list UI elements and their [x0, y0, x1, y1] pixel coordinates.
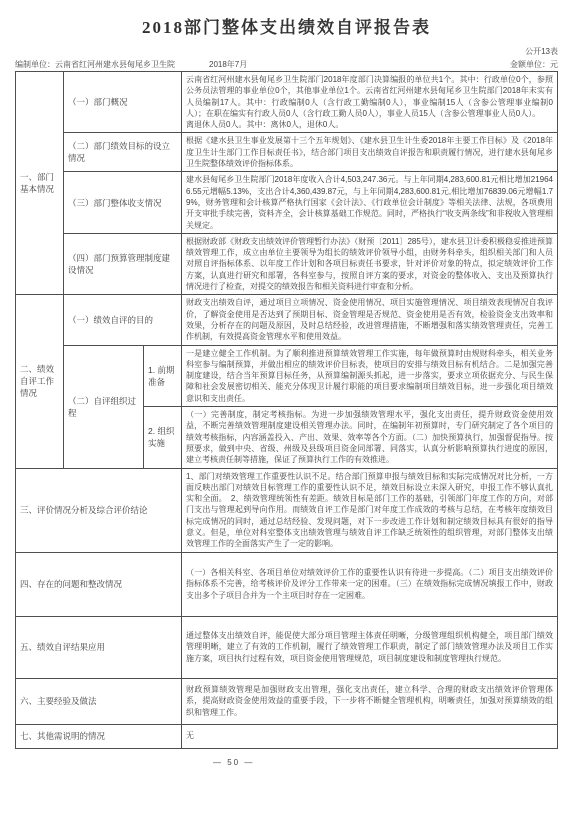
table-row: 五、绩效自评结果应用 通过整体支出绩效自评，能促使大部分项目管理主体责任明晰，分…: [16, 616, 558, 678]
table-row: （二）自评组织过程 1. 前期准备 一是建立健全工作机制。为了顺利推进预算绩效管…: [16, 345, 558, 406]
table-row: 二、绩效自评工作情况 （一）绩效自评的目的 财政支出绩效自评，通过项目立项情况、…: [16, 295, 558, 345]
subsection-goal-setup-label: （二）部门绩效目标的设立情况: [64, 133, 182, 172]
table-row: 六、主要经验及做法 财政预算绩效管理是加强财政支出管理，强化支出责任，建立科学、…: [16, 678, 558, 724]
section-analysis-conclusion-label: 三、评价情况分析及综合评价结论: [16, 468, 182, 552]
section-result-application-label: 五、绩效自评结果应用: [16, 616, 182, 678]
section-other-notes-label: 七、其他需说明的情况: [16, 724, 182, 748]
table-row: 三、评价情况分析及综合评价结论 1、部门对绩效管理工作重要性认识不足。结合部门预…: [16, 468, 558, 552]
table-row: （三）部门整体收支情况 建水县甸尾乡卫生院部门2018年度收入合计4,503,2…: [16, 172, 558, 233]
meta-row: 编制单位：云南省红河州建水县甸尾乡卫生院 2018年7月 金额单位：元: [15, 59, 558, 70]
table-row: 七、其他需说明的情况 无: [16, 724, 558, 748]
table-row: （四）部门预算管理制度建设情况 根据财政部《财政支出绩效评价管理暂行办法》（财预…: [16, 233, 558, 294]
revenue-expense-content: 建水县甸尾乡卫生院部门2018年度收入合计4,503,247.36元。与上年同期…: [182, 172, 558, 233]
section-self-eval-work-label: 二、绩效自评工作情况: [16, 295, 64, 468]
section-basic-info-label: 一、部门基本情况: [16, 72, 64, 295]
prepared-by-label: 编制单位：云南省红河州建水县甸尾乡卫生院: [15, 59, 175, 70]
problems-content: （一）各相关科室、各项目单位对绩效评价工作的重要性认识有待进一步提高。（二）项目…: [182, 552, 558, 616]
subsection-budget-system-label: （四）部门预算管理制度建设情况: [64, 233, 182, 294]
budget-system-content: 根据财政部《财政支出绩效评价管理暂行办法》（财预〔2011〕285号），建水县卫…: [182, 233, 558, 294]
step-preparation-label: 1. 前期准备: [144, 345, 182, 406]
step-implementation-label: 2. 组织实施: [144, 407, 182, 468]
table-row: （二）部门绩效目标的设立情况 根据《建水县卫生事业发展第十三个五年规划》、《建水…: [16, 133, 558, 172]
dept-overview-content: 云南省红河州建水县甸尾乡卫生院部门2018年度部门决算编报的单位共1个。其中：行…: [182, 72, 558, 133]
report-date: 2018年7月: [209, 59, 247, 70]
public-table-label: 公开13表: [525, 47, 558, 56]
section-problems-label: 四、存在的问题和整改情况: [16, 552, 182, 616]
subsection-dept-overview-label: （一）部门概况: [64, 72, 182, 133]
result-application-content: 通过整体支出绩效自评，能促使大部分项目管理主体责任明晰，分级管理组织机构健全，项…: [182, 616, 558, 678]
eval-purpose-content: 财政支出绩效自评，通过项目立项情况、资金使用情况、项目实施管理情况、项目绩效表现…: [182, 295, 558, 345]
experience-content: 财政预算绩效管理是加强财政支出管理，强化支出责任，建立科学、合理的财政支出绩效评…: [182, 678, 558, 724]
table-row: 四、存在的问题和整改情况 （一）各相关科室、各项目单位对绩效评价工作的重要性认识…: [16, 552, 558, 616]
subsection-eval-process-label: （二）自评组织过程: [64, 345, 144, 468]
step-implementation-content: （一）完善制度，制定考核指标。为进一步加强绩效管理水平，强化支出责任，提升财政资…: [182, 407, 558, 468]
step-preparation-content: 一是建立健全工作机制。为了顺利推进预算绩效管理工作实施，每年做预算时由规财科牵头…: [182, 345, 558, 406]
report-page: 2018部门整体支出绩效自评报告表 公开13表 编制单位：云南省红河州建水县甸尾…: [0, 0, 573, 827]
amount-unit-label: 金额单位：元: [510, 59, 558, 70]
subsection-eval-purpose-label: （一）绩效自评的目的: [64, 295, 182, 345]
table-row: 一、部门基本情况 （一）部门概况 云南省红河州建水县甸尾乡卫生院部门2018年度…: [16, 72, 558, 133]
goal-setup-content: 根据《建水县卫生事业发展第十三个五年规划》、《建水县卫生计生委2018年主要工作…: [182, 133, 558, 172]
report-table: 一、部门基本情况 （一）部门概况 云南省红河州建水县甸尾乡卫生院部门2018年度…: [15, 71, 558, 749]
public-table-row: 公开13表: [15, 46, 558, 57]
section-experience-label: 六、主要经验及做法: [16, 678, 182, 724]
page-number: — 50 —: [15, 758, 558, 767]
page-title: 2018部门整体支出绩效自评报告表: [0, 13, 573, 38]
other-notes-content: 无: [182, 724, 558, 748]
analysis-conclusion-content: 1、部门对绩效管理工作重要性认识不足。结合部门预算申报与绩效目标和实际完成情况对…: [182, 468, 558, 552]
subsection-revenue-expense-label: （三）部门整体收支情况: [64, 172, 182, 233]
